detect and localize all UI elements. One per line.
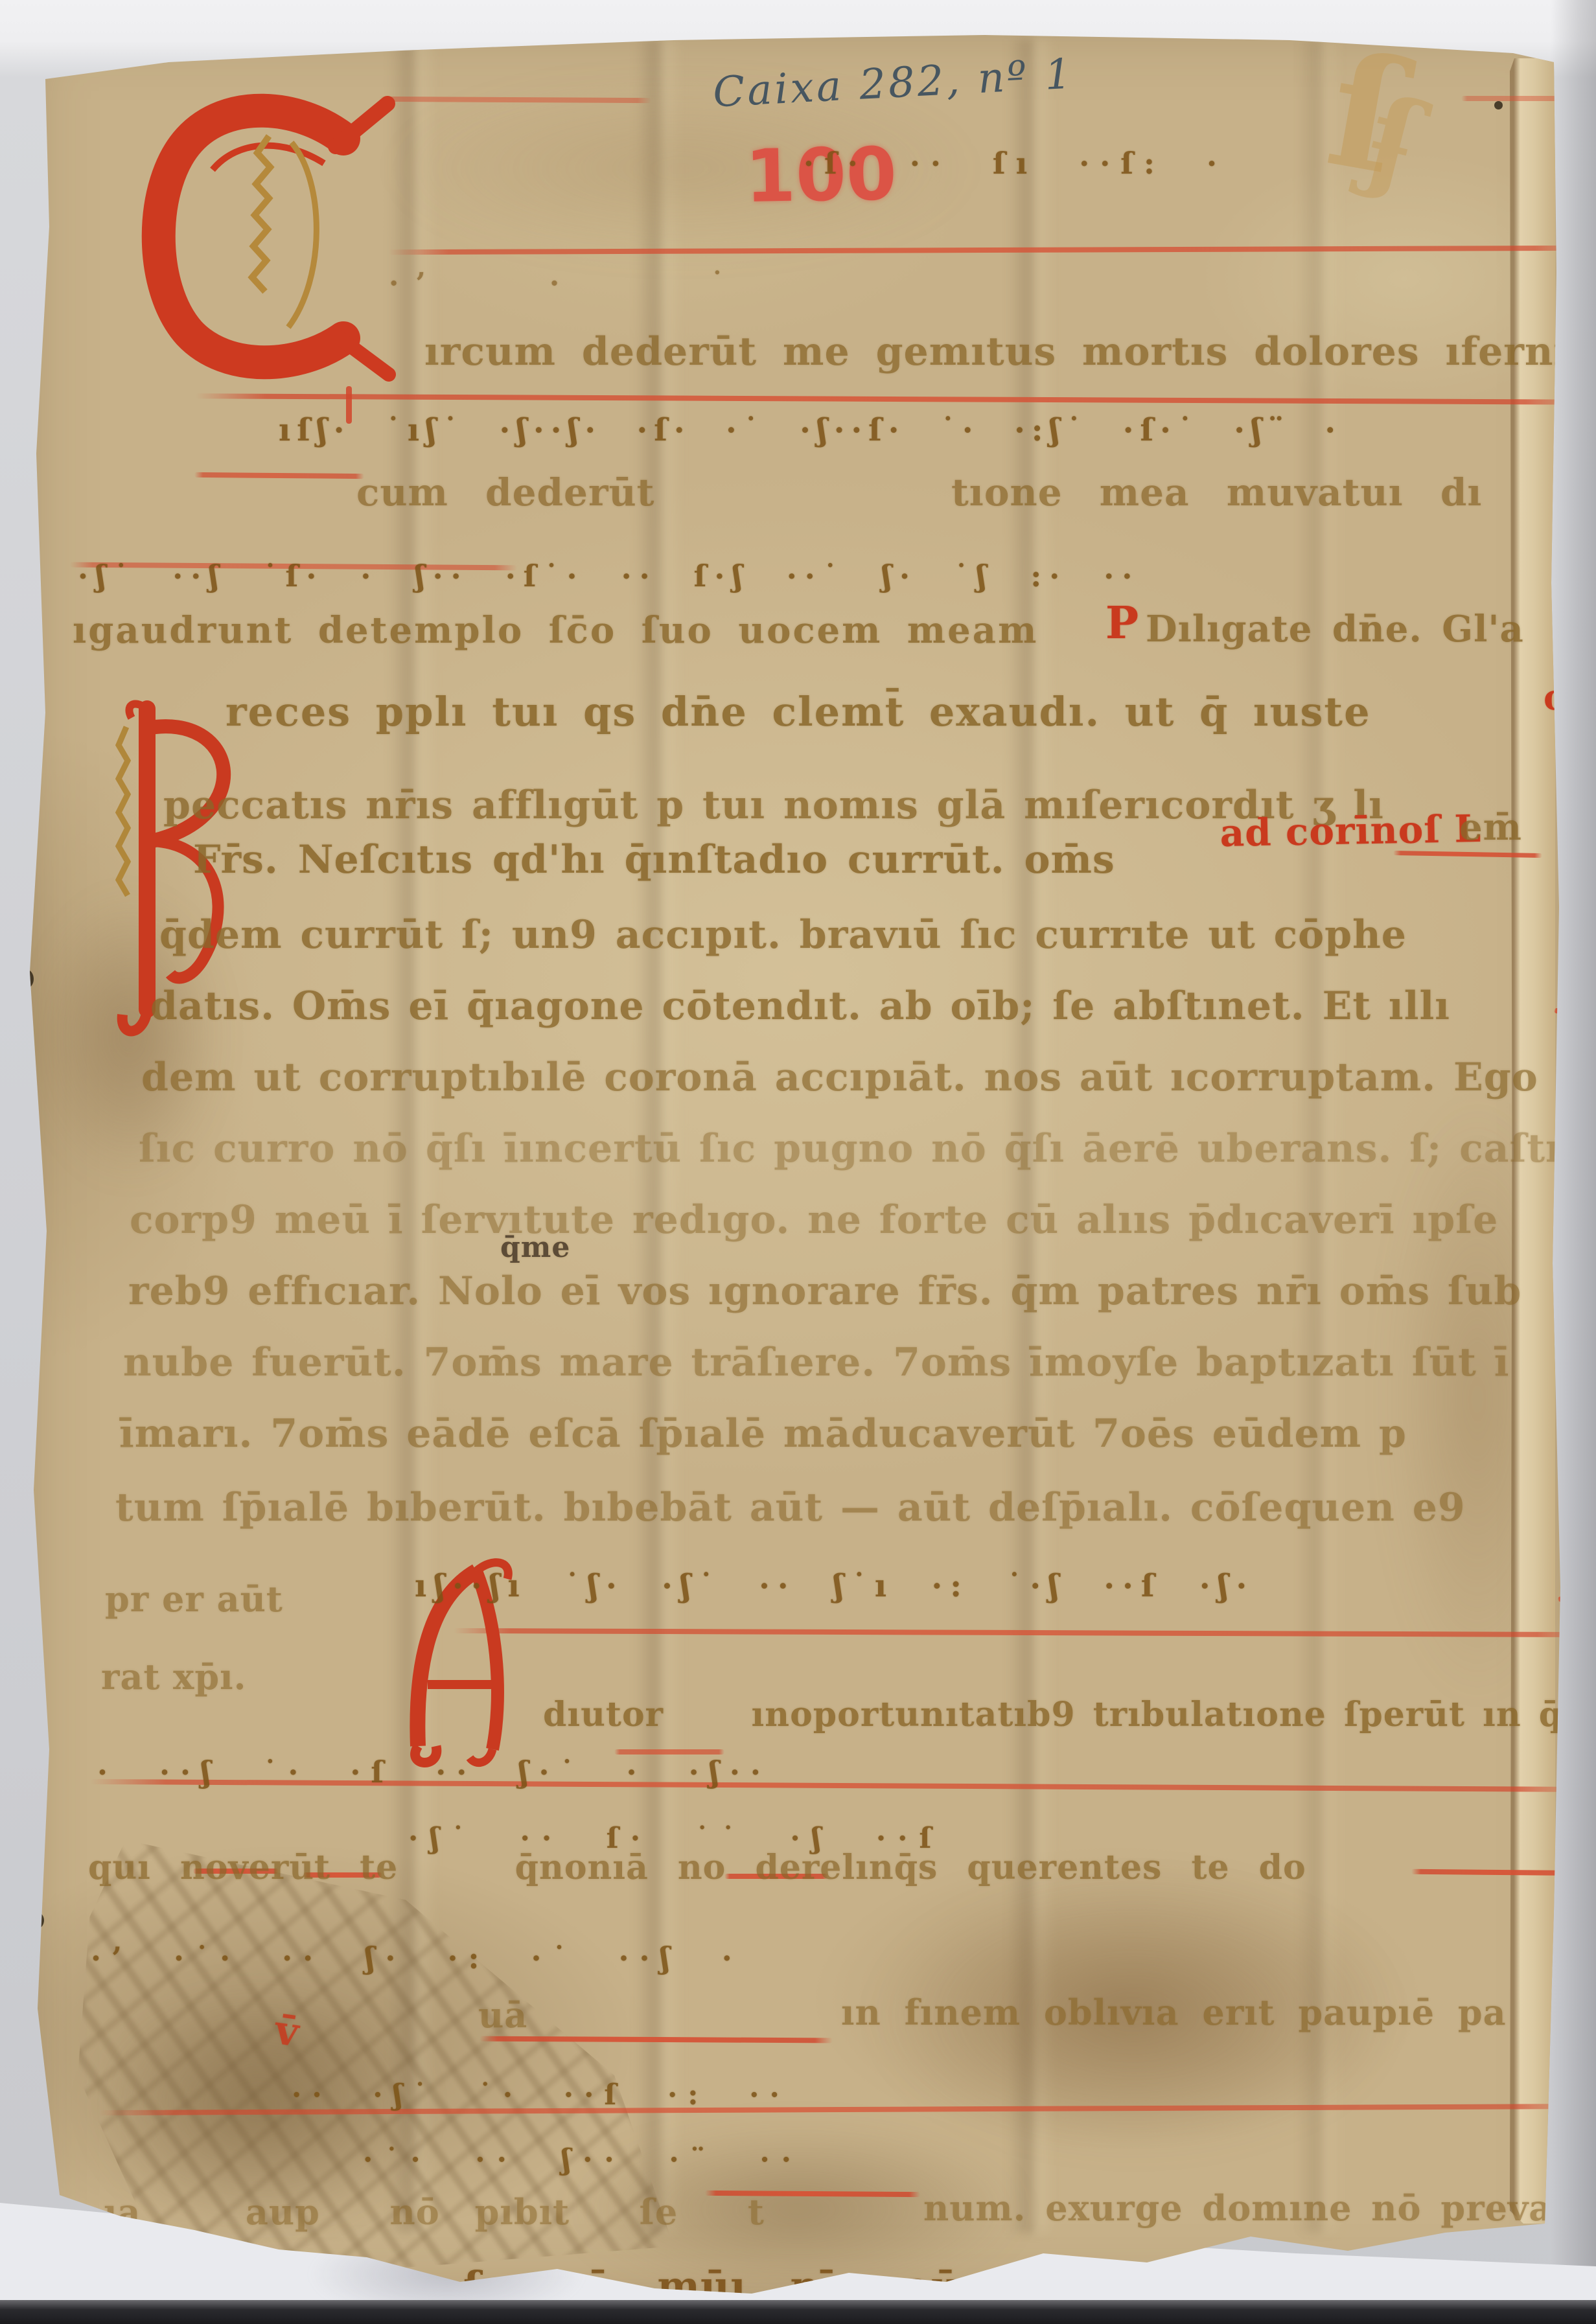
gradual-line: dıutor ınoportunıtatıb9 trıbulatıone ſpe… (543, 1695, 1563, 1734)
interlinear-note: q̄me (500, 1231, 570, 1264)
epistle-line: ſıc curro nō q̄ſı īıncertū ſıc pugno nō … (139, 1126, 1589, 1171)
staff-line (194, 472, 364, 479)
epistle-line: q̄dem currūt ſ; un9 accıpıt. bravıū ſıc … (159, 912, 1407, 958)
epistle-line: datıs. Om̄s eī q̄ıagone cōtendıt. ab oīb… (150, 984, 1450, 1029)
introit-line: ırcum dederūt me gemıtus mortıs dolores … (424, 329, 1596, 374)
staff-line (614, 1749, 724, 1755)
epistle-line: īmarı. 7om̄s eādē eſcā ſp̄ıalē māducaver… (119, 1411, 1407, 1456)
initial-C-decorated (130, 84, 395, 395)
scanner-bed-strip (0, 2300, 1596, 2324)
neume-row: · ··ʃ ˙· ·ſ ·· ʃ·˙ · ·ʃ·· (97, 1755, 771, 1789)
neume-row: ·ſ· ·· ſı ··ſ: · (804, 146, 1227, 181)
psalm-incipit: Dılıgate dn̄e. Gl'a (1146, 608, 1524, 650)
gradual-verse-line: ıa aup nō pıbıt ſe t (104, 2191, 765, 2233)
gradual-verse-fragment: uā (478, 1994, 527, 2036)
collect-line: reces pplı tuı qs dn̄e clemt̄ exaudı. ut… (226, 688, 1371, 735)
mat-right-shadow (1551, 0, 1596, 2324)
parchment-leaf: Caixa 282, nº 1 100 ſ ʄ (0, 0, 1596, 2324)
psalm-sign: P (1105, 597, 1139, 649)
neume-row: ·ʃ˙ ··ʃ ˙ſ· · ʃ·· ·ſ˙· ·· ſ·ʃ ··˙ ʃ· ˙ʃ … (78, 558, 1140, 593)
gradual-verse-line: num. exurge domıne nō prevalı (923, 2187, 1580, 2229)
edge-speck (1494, 101, 1503, 109)
neume-row: ıſʃ· ˙ıʃ˙ ·ʃ··ʃ· ·ſ· ·˙ ·ʃ··ſ· ˙· ·:ʃ˙ ·… (279, 412, 1342, 448)
introit-line: ıgaudrunt detemplo ſc̄o ſuo uocem meam (73, 609, 1038, 652)
epistle-fragment: rat xp̄ı. (101, 1656, 246, 1697)
introit-line: cum dederūt tıone mea muvatuı dı (356, 470, 1482, 514)
neume-row: ·’ · ˙ (389, 267, 741, 300)
epistle-line: nube fuerūt. 7om̄s mare trāſıere. 7om̄s … (123, 1340, 1510, 1385)
neume-row: ·˙· ·· ʃ·· ·¨ ·· (363, 2143, 803, 2176)
epistle-line: corp9 meū ī ſervıtute redıgo. ne forte c… (130, 1197, 1498, 1243)
collect-line: peccatıs nr̄ıs afflıgūt p tuı nomıs glā … (163, 783, 1384, 828)
epistle-line: dem ut corruptıbılē coronā accıpıāt. nos… (141, 1055, 1571, 1100)
epistle-rubric: ad corīnoſ L (1220, 807, 1482, 855)
neume-row: ·’ ·˙· ·· ʃ· ·: ·˙ ··ʃ · (91, 1940, 743, 1975)
epistle-line: tum ſp̄ıalē bıberūt. bıbebāt aūt — aūt d… (115, 1485, 1466, 1530)
epistle-line: Fr̄s. Neſcıtıs qd'hı q̄ınſtadıo currūt. … (193, 837, 1115, 882)
epistle-rubric-continuation: em̄ (1459, 806, 1522, 849)
epistle-line: reb9 effıcıar. Nolo eī vos ıgnorare fr̄s… (128, 1269, 1521, 1314)
scanned-manuscript-photo: Caixa 282, nº 1 100 ſ ʄ (0, 0, 1596, 2324)
epistle-fragment: pr er aūt (105, 1578, 283, 1620)
neume-row: ·· ·ʃ˙ ˙· ··ſ ·: ·· (292, 2078, 790, 2111)
neume-row: ıʃ··ʃı ˙ʃ· ·ʃ˙ ·· ʃ˙ı ·: ˙·ʃ ··ſ ·ʃ· (415, 1568, 1255, 1604)
gradual-verse-line: ın fınem oblıvıa erıt paupıē pa (841, 1992, 1507, 2033)
gradual-line: quı noverūt te q̄nonıā no derelınq̄s que… (88, 1848, 1306, 1887)
